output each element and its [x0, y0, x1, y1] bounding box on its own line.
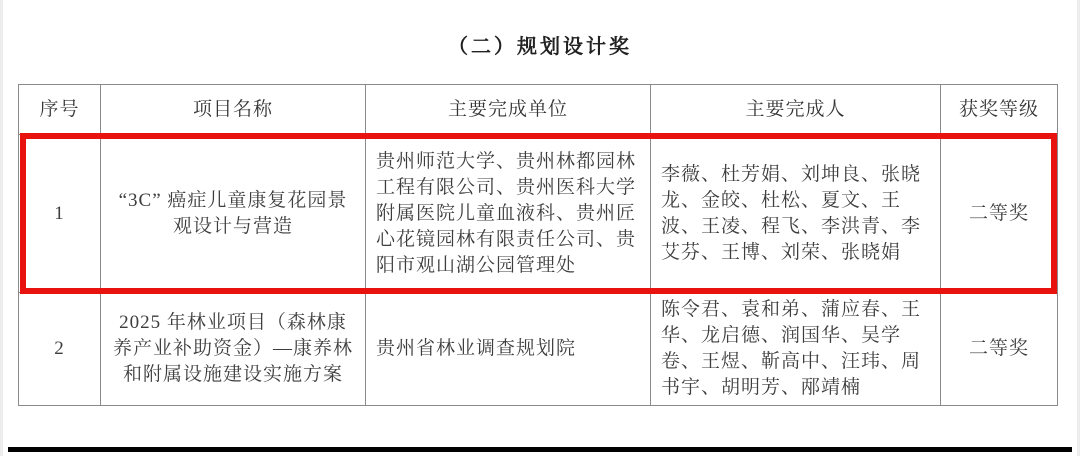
col-header-project: 项目名称 — [101, 85, 366, 135]
col-header-contributors: 主要完成人 — [651, 85, 941, 135]
col-header-award: 获奖等级 — [941, 85, 1058, 135]
cell-main-contributors: 陈令君、袁和弟、蒲应春、王华、龙启德、润国华、吴学卷、王煜、靳高中、汪玮、周书宇… — [651, 293, 941, 406]
cell-project-name: 2025 年林业项目（森林康养产业补助资金）—康养林和附属设施建设实施方案 — [101, 293, 366, 406]
cell-main-units: 贵州师范大学、贵州林都园林工程有限公司、贵州医科大学附属医院儿童血液科、贵州匠心… — [366, 135, 651, 293]
cell-project-name: “3C” 癌症儿童康复花园景观设计与营造 — [101, 135, 366, 293]
table-row: 2 2025 年林业项目（森林康养产业补助资金）—康养林和附属设施建设实施方案 … — [19, 293, 1058, 406]
cell-seq: 1 — [19, 135, 101, 293]
awards-table: 序号 项目名称 主要完成单位 主要完成人 获奖等级 1 “3C” 癌症儿童康复花… — [18, 84, 1058, 406]
col-header-units: 主要完成单位 — [366, 85, 651, 135]
scan-edge-left — [0, 0, 3, 456]
cell-main-contributors: 李薇、杜芳娟、刘坤良、张晓龙、金皎、杜松、夏文、王波、王凌、程飞、李洪青、李艾芬… — [651, 135, 941, 293]
table-header-row: 序号 项目名称 主要完成单位 主要完成人 获奖等级 — [19, 85, 1058, 135]
cell-seq: 2 — [19, 293, 101, 406]
col-header-seq: 序号 — [19, 85, 101, 135]
cell-award-level: 二等奖 — [941, 293, 1058, 406]
table-row: 1 “3C” 癌症儿童康复花园景观设计与营造 贵州师范大学、贵州林都园林工程有限… — [19, 135, 1058, 293]
cell-main-units: 贵州省林业调查规划院 — [366, 293, 651, 406]
page-title: （二）规划设计奖 — [0, 30, 1080, 59]
cell-award-level: 二等奖 — [941, 135, 1058, 293]
document-page: （二）规划设计奖 序号 项目名称 主要完成单位 主要完成人 获奖等级 1 “3C… — [0, 0, 1080, 456]
bottom-scan-bar — [8, 447, 1072, 452]
